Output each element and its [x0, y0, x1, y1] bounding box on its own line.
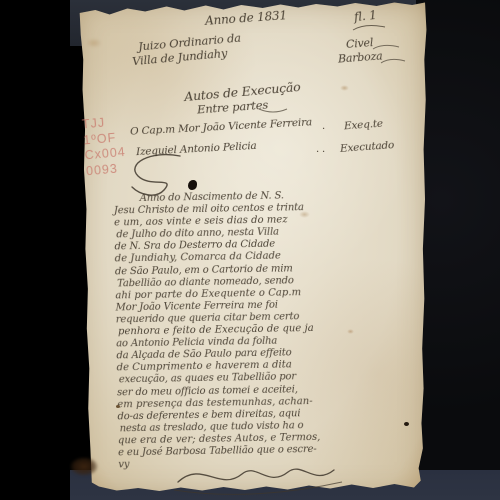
backdrop-right — [416, 0, 500, 500]
folio-underline-flourish — [352, 24, 386, 32]
folio-number: fl. 1 — [353, 8, 377, 24]
leader-dots: . — [322, 121, 325, 132]
margin-note-civel: Civel — [346, 36, 374, 51]
signature-flourish — [172, 452, 348, 498]
scribe-flourish — [380, 58, 406, 66]
manuscript-body: Anno do Nascimento de N. S.Jesu Christo … — [114, 189, 395, 472]
leader-dots: . . — [316, 144, 325, 155]
archive-stamp: TJJ 1ºOF Cx004 0093 — [81, 113, 142, 180]
manuscript-photo: Anno de 1831 fl. 1 Juizo Ordinario da Vi… — [0, 0, 500, 500]
subtitle-flourish — [258, 106, 288, 116]
